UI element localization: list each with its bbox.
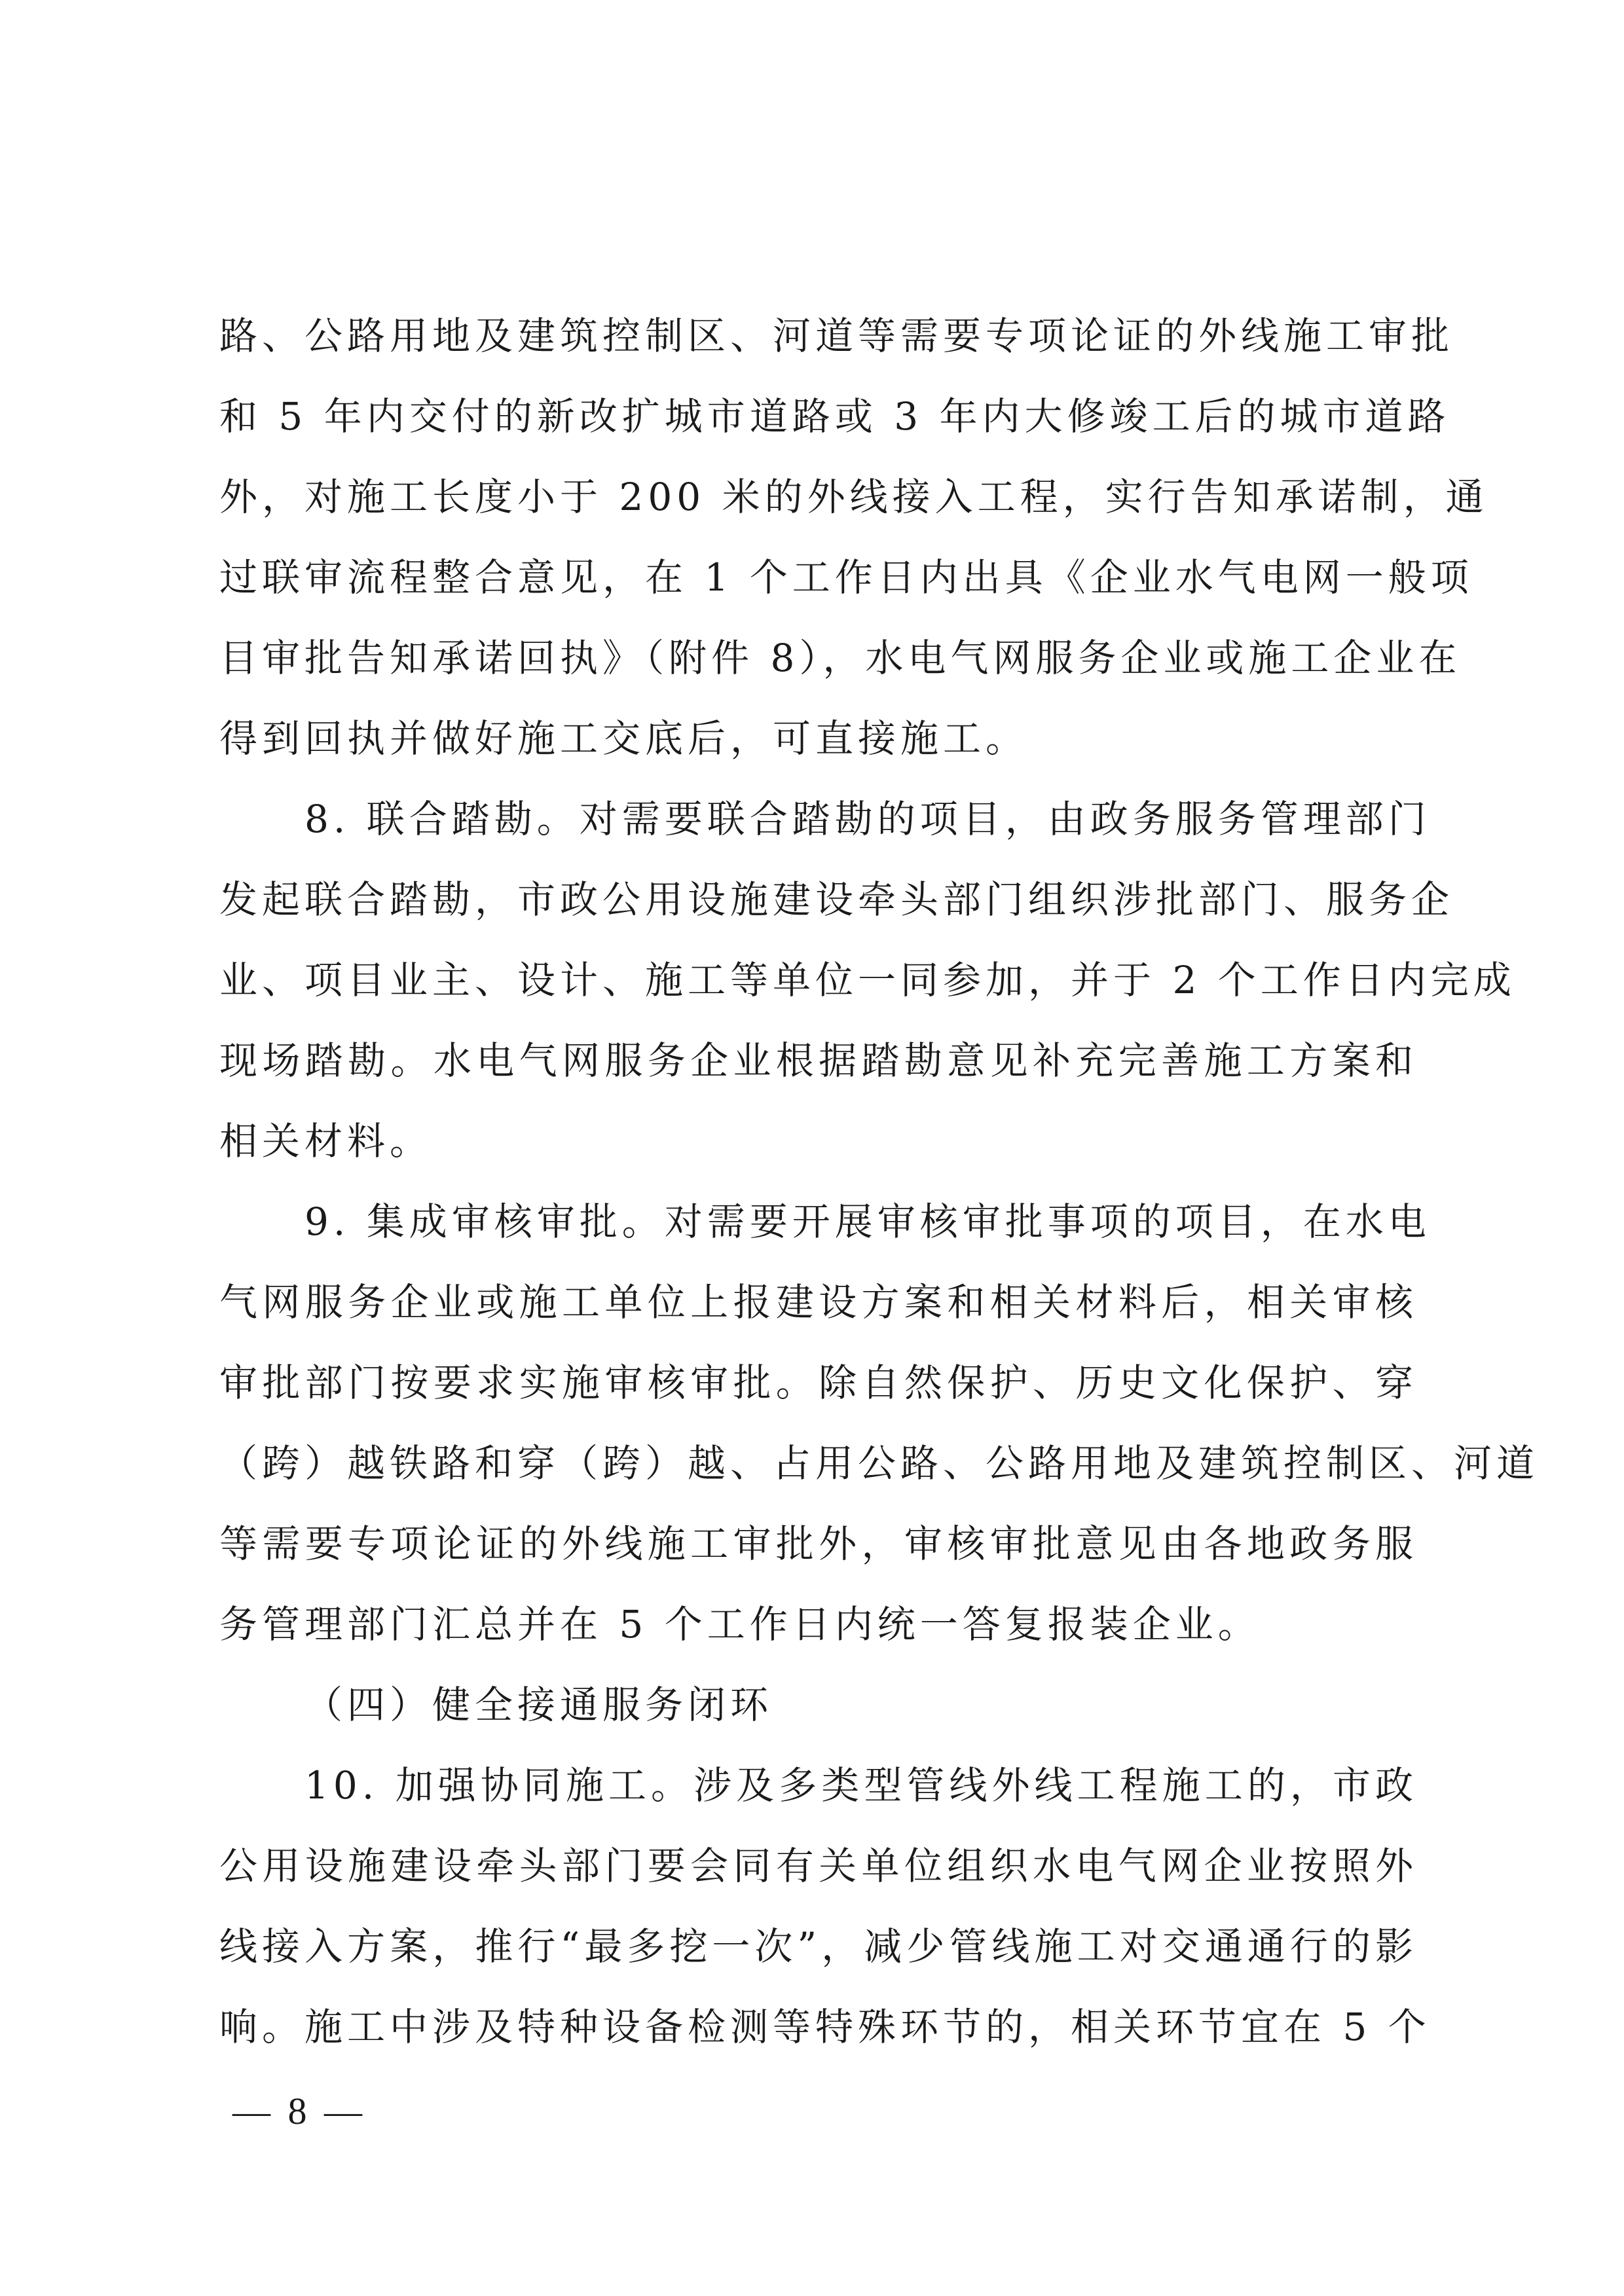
body-text: 路、公路用地及建筑控制区、河道等需要专项论证的外线施工审批 和 5 年内交付的新… (219, 296, 1418, 2068)
item-8-heading-line: 8. 联合踏勘。对需要联合踏勘的项目，由政务服务管理部门 (219, 779, 1418, 860)
item-10-heading-line: 10. 加强协同施工。涉及多类型管线外线工程施工的，市政 (219, 1745, 1418, 1826)
text-line: 现场踏勘。水电气网服务企业根据踏勘意见补充完善施工方案和 (219, 1021, 1418, 1101)
section-heading: （四）健全接通服务闭环 (219, 1665, 1418, 1745)
text-line: 和 5 年内交付的新改扩城市道路或 3 年内大修竣工后的城市道路 (219, 376, 1418, 457)
text-line: 响。施工中涉及特种设备检测等特殊环节的，相关环节宜在 5 个 (219, 1987, 1418, 2068)
page-number: — 8 — (232, 2085, 366, 2138)
text-line: 线接入方案，推行“最多挖一次”，减少管线施工对交通通行的影 (219, 1906, 1418, 1987)
text-line: 业、项目业主、设计、施工等单位一同参加，并于 2 个工作日内完成 (219, 940, 1418, 1021)
text-line: 审批部门按要求实施审核审批。除自然保护、历史文化保护、穿 (219, 1343, 1418, 1423)
text-line: 公用设施建设牵头部门要会同有关单位组织水电气网企业按照外 (219, 1826, 1418, 1906)
text-line: 路、公路用地及建筑控制区、河道等需要专项论证的外线施工审批 (219, 296, 1418, 376)
text-line: 相关材料。 (219, 1101, 1418, 1182)
document-page: 路、公路用地及建筑控制区、河道等需要专项论证的外线施工审批 和 5 年内交付的新… (0, 0, 1624, 2296)
text-line: 目审批告知承诺回执》（附件 8），水电气网服务企业或施工企业在 (219, 618, 1418, 699)
text-line: 发起联合踏勘，市政公用设施建设牵头部门组织涉批部门、服务企 (219, 860, 1418, 940)
text-line: 气网服务企业或施工单位上报建设方案和相关材料后，相关审核 (219, 1262, 1418, 1343)
text-line: 外，对施工长度小于 200 米的外线接入工程，实行告知承诺制，通 (219, 457, 1418, 538)
text-line: （跨）越铁路和穿（跨）越、占用公路、公路用地及建筑控制区、河道 (219, 1423, 1418, 1504)
text-line: 务管理部门汇总并在 5 个工作日内统一答复报装企业。 (219, 1584, 1418, 1665)
text-line: 过联审流程整合意见，在 1 个工作日内出具《企业水气电网一般项 (219, 538, 1418, 618)
text-line: 得到回执并做好施工交底后，可直接施工。 (219, 699, 1418, 779)
item-9-heading-line: 9. 集成审核审批。对需要开展审核审批事项的项目，在水电 (219, 1182, 1418, 1262)
text-line: 等需要专项论证的外线施工审批外，审核审批意见由各地政务服 (219, 1504, 1418, 1584)
